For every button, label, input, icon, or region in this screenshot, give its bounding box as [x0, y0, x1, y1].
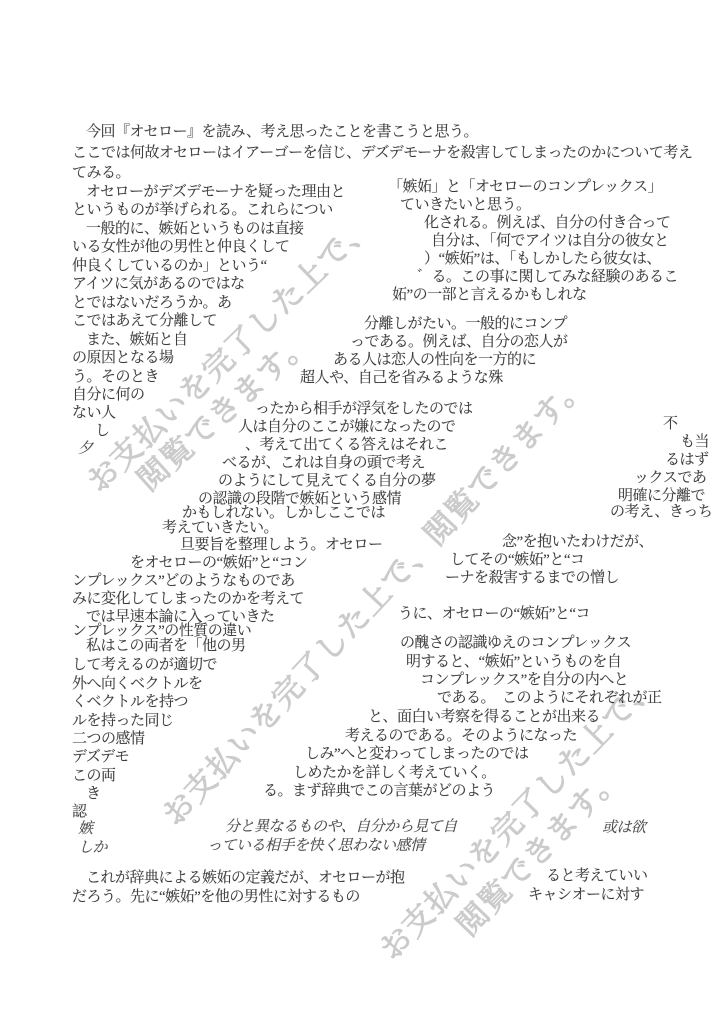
text-line: の考え、きっち [610, 505, 712, 520]
text-line: 自分は、「何でアイツは自分の彼女と [431, 234, 669, 249]
text-line: オセローがデズデモーナを疑った理由と [86, 185, 345, 200]
text-line: ない人 [72, 406, 116, 421]
text-line: いる女性が他の男性と仲良くして [72, 240, 290, 255]
text-line: アイツに気があるのではな [72, 277, 245, 292]
text-line: だろう。先に“嫉妬”を他の男性に対するもの [72, 890, 360, 905]
text-line: 分離しがたい。一般的にコンプ [364, 317, 567, 332]
text-line: 明すると、“嫉妬”というものを自 [406, 655, 621, 670]
text-line: 人は自分のここが嫌になったので [238, 420, 456, 435]
text-line: てみる。 [72, 166, 130, 181]
text-line: うに、オセローの“嫉妬”と“コ [398, 607, 590, 622]
text-line: また、嫉妬と自 [86, 333, 188, 348]
text-line: う。そのとき [72, 370, 159, 385]
text-line: 、考えて出てくる答えはそれこ [245, 438, 448, 453]
text-line: 或は欲 [602, 821, 646, 836]
text-line: 考えていきたい。 [162, 521, 278, 536]
scanned-essay-page: お支払いを完了した上で、閲覧できます。お支払いを完了した上で、閲覧できます。お支… [0, 0, 724, 1024]
text-line: しめたかを詳しく考えていく。 [293, 766, 496, 781]
text-line: デズデモ [72, 750, 129, 765]
text-line: して考えるのが適切で [72, 658, 217, 673]
text-line: 旦要旨を整理しよう。オセロー [180, 538, 383, 553]
text-line: と、面白い考察を得ることが出来る [368, 710, 600, 725]
text-line: の原因となる場 [72, 351, 174, 366]
text-line: しみ”へと変わってしまったのでは [305, 747, 529, 762]
text-line: とではないだろうか。あ [72, 296, 232, 311]
text-line: くベクトルを持つ [72, 695, 188, 710]
text-line: っている相手を快く思わない感情 [207, 839, 425, 854]
text-line: 不 [663, 417, 678, 432]
text-line: してその“嫉妬”と“コ [450, 553, 584, 568]
text-line: ったから相手が浮気をしたのでは [255, 402, 473, 417]
text-line: これが辞典による嫉妬の定義だが、オセローが抱 [86, 871, 405, 886]
text-line: 私はこの両者を「他の男 [86, 639, 246, 654]
text-line: ると考えていい [546, 869, 648, 884]
text-line: 二つの感情 [72, 732, 145, 747]
text-line: 超人や、自己を省みるような殊 [300, 371, 503, 386]
text-line: ックスであ [634, 471, 706, 486]
text-line: の醜さの認識ゆえのコンプレックス [400, 636, 631, 651]
text-line: ンプレックス”の性質の違い [72, 624, 251, 639]
text-line: 認 [72, 805, 87, 820]
text-line: みに変化してしまったのかを考えて [72, 592, 304, 607]
text-line: である。 このようにそれぞれが正 [437, 691, 662, 706]
text-line: ーナを殺害するまでの憎し [445, 571, 619, 586]
text-line: 分と異なるものや、自分から見て自 [225, 820, 457, 835]
text-line: 化される。例えば、自分の付き合って [424, 216, 671, 231]
text-line: 自分に何の [72, 388, 145, 403]
text-line: 夕 [78, 442, 93, 457]
text-line: ）“嫉妬”は、「もしかしたら彼女は、 [424, 252, 661, 267]
text-line: 「嫉妬」と「オセローのコンプレックス」 [388, 180, 662, 195]
text-line: ゛る。この事に関してみな経験のあるこ [417, 270, 678, 285]
text-line: キャシオーに対す [528, 888, 644, 903]
text-line: ここでは何故オセローはイアーゴーを信じ、デズデモーナを殺害してしまったのかについ… [72, 146, 692, 161]
text-line: 念”を抱いたわけだが、 [502, 535, 653, 550]
text-line: ていきたいと思う。 [400, 198, 531, 213]
text-line: のようにして見えてくる自分の夢 [218, 474, 436, 489]
text-line: 妬”の一部と言えるかもしれな [392, 288, 587, 303]
text-line: 明確に分離で [618, 489, 705, 504]
text-line: し [95, 424, 110, 439]
text-line: 今回『オセロー』を読み、考え思ったことを書こうと思う。 [86, 125, 478, 140]
text-line: 一般的に、嫉妬というものは直接 [86, 222, 304, 237]
text-line: をオセローの“嫉妬”と“コン [130, 556, 308, 571]
text-line: しか [78, 841, 107, 856]
text-line: こではあえて分離して [72, 314, 217, 329]
text-line: というものが挙げられる。これらについ [72, 203, 333, 218]
text-line: この両 [72, 769, 116, 784]
text-line: るはず [665, 453, 709, 468]
text-line: コンプレックス”を自分の内へと [420, 673, 628, 688]
text-line: っである。例えば、自分の恋人が [350, 335, 568, 350]
text-line: べるが、これは自身の頭で考え [222, 456, 425, 471]
watermark-text: お支払いを完了した上で、 [367, 661, 666, 968]
text-line: 嫉 [78, 822, 93, 837]
text-line: 外へ向くベクトルを [72, 677, 203, 692]
text-line: ある人は恋人の性向を一方的に [333, 353, 536, 368]
text-line: も当 [680, 435, 709, 450]
text-line: ンプレックス”どのようなものであ [72, 574, 295, 589]
text-line: き [86, 787, 101, 802]
text-line: かもしれない。しかしここでは [182, 506, 385, 521]
text-line: 仲良くしているのか」という“ [72, 259, 267, 274]
text-line: る。まず辞典でこの言葉がどのよう [263, 784, 495, 799]
text-line: 考えるのである。そのようになった [345, 729, 577, 744]
text-line: ルを持った同じ [72, 714, 174, 729]
